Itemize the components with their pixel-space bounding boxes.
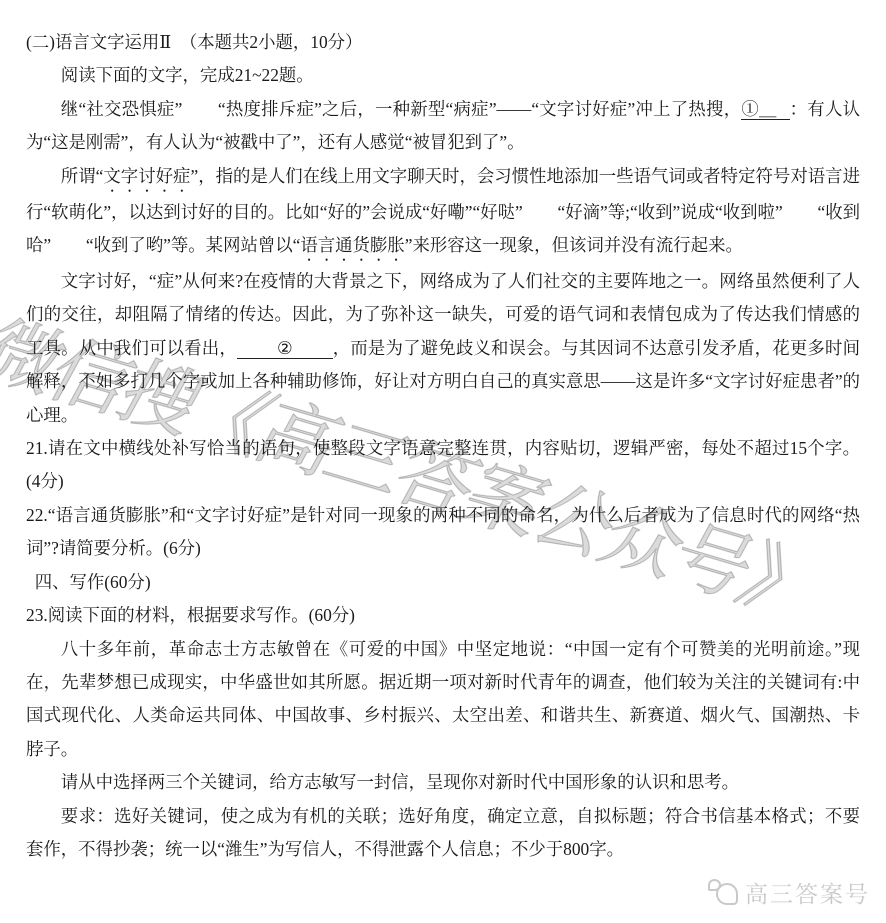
paragraph: 四、写作(60分) (26, 566, 860, 599)
fill-in-blank: ①＿ (741, 99, 789, 120)
paragraph: 要求：选好关键词，使之成为有机的关联；选好角度，确定立意，自拟标题；符合书信基本… (26, 800, 860, 867)
text-run: 23.阅读下面的材料，根据要求写作。(60分) (26, 605, 355, 625)
paragraph: 所谓“文字讨好症”，指的是人们在线上用文字聊天时，会习惯性地添加一些语气词或者特… (26, 160, 860, 265)
footer-logo-label: 高三答案号 (745, 876, 870, 909)
footer-logo: 高三答案号 (707, 876, 870, 909)
paragraph: (二)语言文字运用Ⅱ （本题共2小题，10分） (26, 26, 860, 59)
paragraph: 阅读下面的文字，完成21~22题。 (26, 59, 860, 92)
text-run: 要求：选好关键词，使之成为有机的关联；选好角度，确定立意，自拟标题；符合书信基本… (26, 806, 860, 859)
fill-in-blank: ② (237, 338, 333, 359)
paragraph: 22.“语言通货膨胀”和“文字讨好症”是针对同一现象的两种不同的命名，为什么后者… (26, 499, 860, 566)
paragraph: 继“社交恐惧症” “热度排斥症”之后，一种新型“病症”——“文字讨好症”冲上了热… (26, 93, 860, 160)
text-run: 继“社交恐惧症” “热度排斥症”之后，一种新型“病症”——“文字讨好症”冲上了热… (61, 99, 742, 119)
document-body: (二)语言文字运用Ⅱ （本题共2小题，10分）阅读下面的文字，完成21~22题。… (0, 0, 886, 866)
big-bubble-shape (716, 883, 738, 905)
text-run: 八十多年前，革命志士方志敏曾在《可爱的中国》中坚定地说：“中国一定有个可赞美的光… (26, 639, 860, 759)
exam-page: 微信搜《高三答案公众号》 (二)语言文字运用Ⅱ （本题共2小题，10分）阅读下面… (0, 0, 886, 923)
emphasized-text: 语言通货膨胀 (300, 235, 404, 255)
text-run: 22.“语言通货膨胀”和“文字讨好症”是针对同一现象的两种不同的命名，为什么后者… (26, 505, 860, 558)
text-run: 阅读下面的文字，完成21~22题。 (61, 65, 314, 85)
text-run: 请从中选择两三个关键词，给方志敏写一封信，呈现你对新时代中国形象的认识和思考。 (61, 772, 739, 792)
text-run: 所谓“ (61, 166, 104, 186)
text-run: (二)语言文字运用Ⅱ （本题共2小题，10分） (26, 32, 362, 52)
paragraph: 23.阅读下面的材料，根据要求写作。(60分) (26, 599, 860, 632)
paragraph: 21.请在文中横线处补写恰当的语句，使整段文字语意完整连贯，内容贴切，逻辑严密，… (26, 432, 860, 499)
text-run: ”来形容这一现象，但该词并没有流行起来。 (405, 235, 743, 255)
paragraph: 八十多年前，革命志士方志敏曾在《可爱的中国》中坚定地说：“中国一定有个可赞美的光… (26, 633, 860, 767)
chat-bubbles-icon (707, 879, 739, 907)
text-run: 四、写作(60分) (35, 572, 151, 592)
text-run: 21.请在文中横线处补写恰当的语句，使整段文字语意完整连贯，内容贴切，逻辑严密，… (26, 438, 860, 491)
paragraph: 请从中选择两三个关键词，给方志敏写一封信，呈现你对新时代中国形象的认识和思考。 (26, 766, 860, 799)
emphasized-text: 文字讨好症 (103, 166, 190, 186)
paragraph: 文字讨好，“症”从何来?在疫情的大背景之下，网络成为了人们社交的主要阵地之一。网… (26, 265, 860, 432)
